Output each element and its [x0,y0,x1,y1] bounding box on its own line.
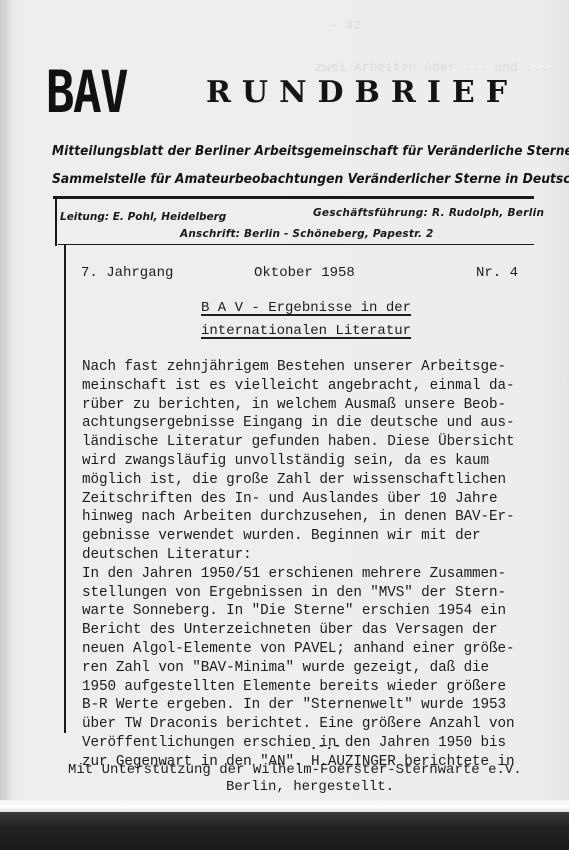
article-headline: B A V - Ergebnisse in der [201,300,411,316]
article-line: Bericht des Unterzeichneten über das Ver… [82,621,562,640]
logo-bav: BAV [46,61,127,123]
article-line: ren Zahl von "BAV-Minima" wurde gezeigt,… [82,659,562,678]
leitung-text: Leitung: E. Pohl, Heidelberg [60,211,226,223]
article-line: B-R Werte ergeben. In der "Sternenwelt" … [82,696,562,715]
article-line: achtungsergebnisse Eingang in die deutsc… [82,414,562,433]
page-edge-shadow [0,0,14,808]
article-line: ländische Literatur gefunden haben. Dies… [82,433,562,452]
issue-date: Oktober 1958 [254,265,355,281]
scan-background [0,812,569,850]
article-body: Nach fast zehnjährigem Bestehen unserer … [82,358,562,772]
article-line: möglich ist, die große Zahl der wissensc… [82,471,562,490]
article-line: stellungen von Ergebnissen in den "MVS" … [82,584,562,603]
bleed-through: - 42 [330,18,361,33]
header-rule [53,196,534,199]
article-line: warte Sonneberg. In "Die Sterne" erschie… [82,602,562,621]
section-separator: -.-.- [302,738,341,753]
masthead-title: RUNDBRIEF [206,76,518,110]
article-line: rüber zu berichten, in welchem Ausmaß un… [82,396,562,415]
issue-volume: 7. Jahrgang [81,265,173,281]
article-line: gebnisse verwendet wurden. Beginnen wir … [82,527,562,546]
masthead-subtitle: Mitteilungsblatt der Berliner Arbeitsgem… [52,144,569,159]
article-line: meinschaft ist es vielleicht angebracht,… [82,377,562,396]
footer-line-2: Berlin, hergestellt. [226,779,394,795]
article-line: Zeitschriften des In- und Auslandes über… [82,490,562,509]
masthead-subtitle-2: Sammelstelle für Amateurbeobachtungen Ve… [52,172,569,187]
article-line: deutschen Literatur: [82,546,562,565]
bleed-through: zwei Arbeiten über ... und ... [315,60,549,75]
header-bottom-rule [58,244,534,245]
article-line: Nach fast zehnjährigem Bestehen unserer … [82,358,562,377]
anschrift-text: Anschrift: Berlin - Schöneberg, Papestr.… [180,228,434,240]
left-border-upper [55,198,57,246]
issue-number: Nr. 4 [476,265,518,281]
left-border-lower [64,245,66,733]
article-line: wird zwangsläufig unvollständig sein, da… [82,452,562,471]
article-line: hinweg nach Arbeiten durchzusehen, in de… [82,508,562,527]
article-line: 1950 aufgestellten Elemente bereits wied… [82,678,562,697]
geschaeftsfuehrung-text: Geschäftsführung: R. Rudolph, Berlin [313,207,544,219]
article-headline-2: internationalen Literatur [201,323,411,339]
article-line: neuen Algol-Elemente von PAVEL; anhand e… [82,640,562,659]
article-line: In den Jahren 1950/51 erschienen mehrere… [82,565,562,584]
article-line: über TW Draconis berichtet. Eine größere… [82,715,562,734]
footer-line-1: Mit Unterstützung der Wilhelm-Foerster-S… [68,762,522,778]
